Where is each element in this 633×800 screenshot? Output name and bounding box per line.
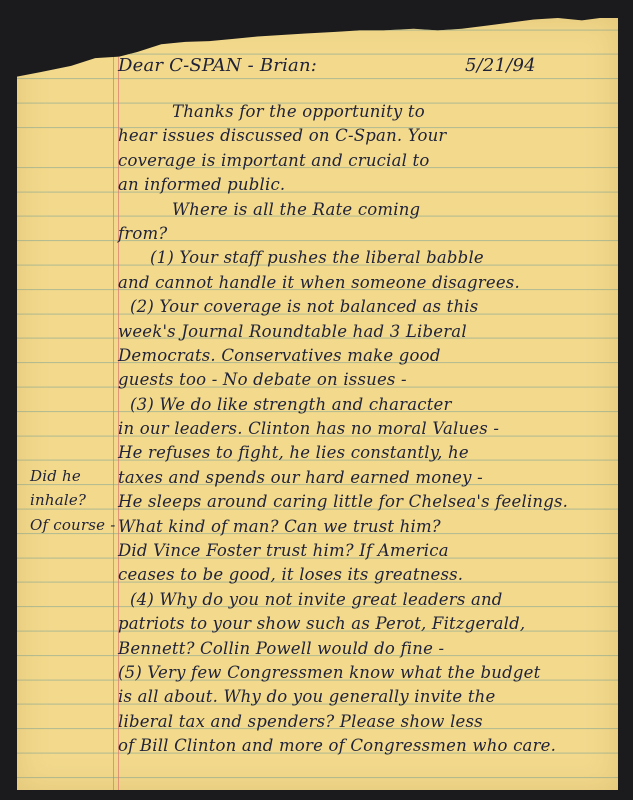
letter-line: Where is all the Rate coming bbox=[118, 198, 568, 222]
letter-line: Bennett? Collin Powell would do fine - bbox=[118, 637, 568, 661]
letter-line: patriots to your show such as Perot, Fit… bbox=[118, 612, 568, 636]
letter-line: coverage is important and crucial to bbox=[118, 149, 568, 173]
letter-line: ceases to be good, it loses its greatnes… bbox=[118, 563, 568, 587]
letter-line: guests too - No debate on issues - bbox=[118, 368, 568, 392]
letter-line: Democrats. Conservatives make good bbox=[118, 344, 568, 368]
letter-line: of Bill Clinton and more of Congressmen … bbox=[118, 734, 568, 758]
letter-line: taxes and spends our hard earned money - bbox=[118, 466, 568, 490]
margin-note-line: Did he bbox=[30, 464, 116, 488]
margin-note: Did he inhale? Of course - bbox=[30, 464, 116, 537]
letter-line: liberal tax and spenders? Please show le… bbox=[118, 710, 568, 734]
letter-line: hear issues discussed on C-Span. Your bbox=[118, 124, 568, 148]
letter-line: Did Vince Foster trust him? If America bbox=[118, 539, 568, 563]
letter-line: (1) Your staff pushes the liberal babble bbox=[118, 246, 568, 270]
letter-line: Thanks for the opportunity to bbox=[118, 100, 568, 124]
margin-note-line: inhale? bbox=[30, 488, 116, 512]
letter-salutation: Dear C-SPAN - Brian: bbox=[118, 54, 317, 78]
letter-line: week's Journal Roundtable had 3 Liberal bbox=[118, 320, 568, 344]
letter-line: He refuses to fight, he lies constantly,… bbox=[118, 441, 568, 465]
letter-line: (2) Your coverage is not balanced as thi… bbox=[118, 295, 568, 319]
letter-line: What kind of man? Can we trust him? bbox=[118, 515, 568, 539]
letter-line: He sleeps around caring little for Chels… bbox=[118, 490, 568, 514]
letter-line: and cannot handle it when someone disagr… bbox=[118, 271, 568, 295]
letter-line: in our leaders. Clinton has no moral Val… bbox=[118, 417, 568, 441]
letter-date: 5/21/94 bbox=[465, 54, 536, 78]
margin-note-line: Of course - bbox=[30, 513, 116, 537]
letter-body: Thanks for the opportunity to hear issue… bbox=[118, 100, 568, 759]
letter-line: is all about. Why do you generally invit… bbox=[118, 685, 568, 709]
letter-line: (4) Why do you not invite great leaders … bbox=[118, 588, 568, 612]
letter-line: (5) Very few Congressmen know what the b… bbox=[118, 661, 568, 685]
letter-line: from? bbox=[118, 222, 568, 246]
letter-line: an informed public. bbox=[118, 173, 568, 197]
letter-line: (3) We do like strength and character bbox=[118, 393, 568, 417]
